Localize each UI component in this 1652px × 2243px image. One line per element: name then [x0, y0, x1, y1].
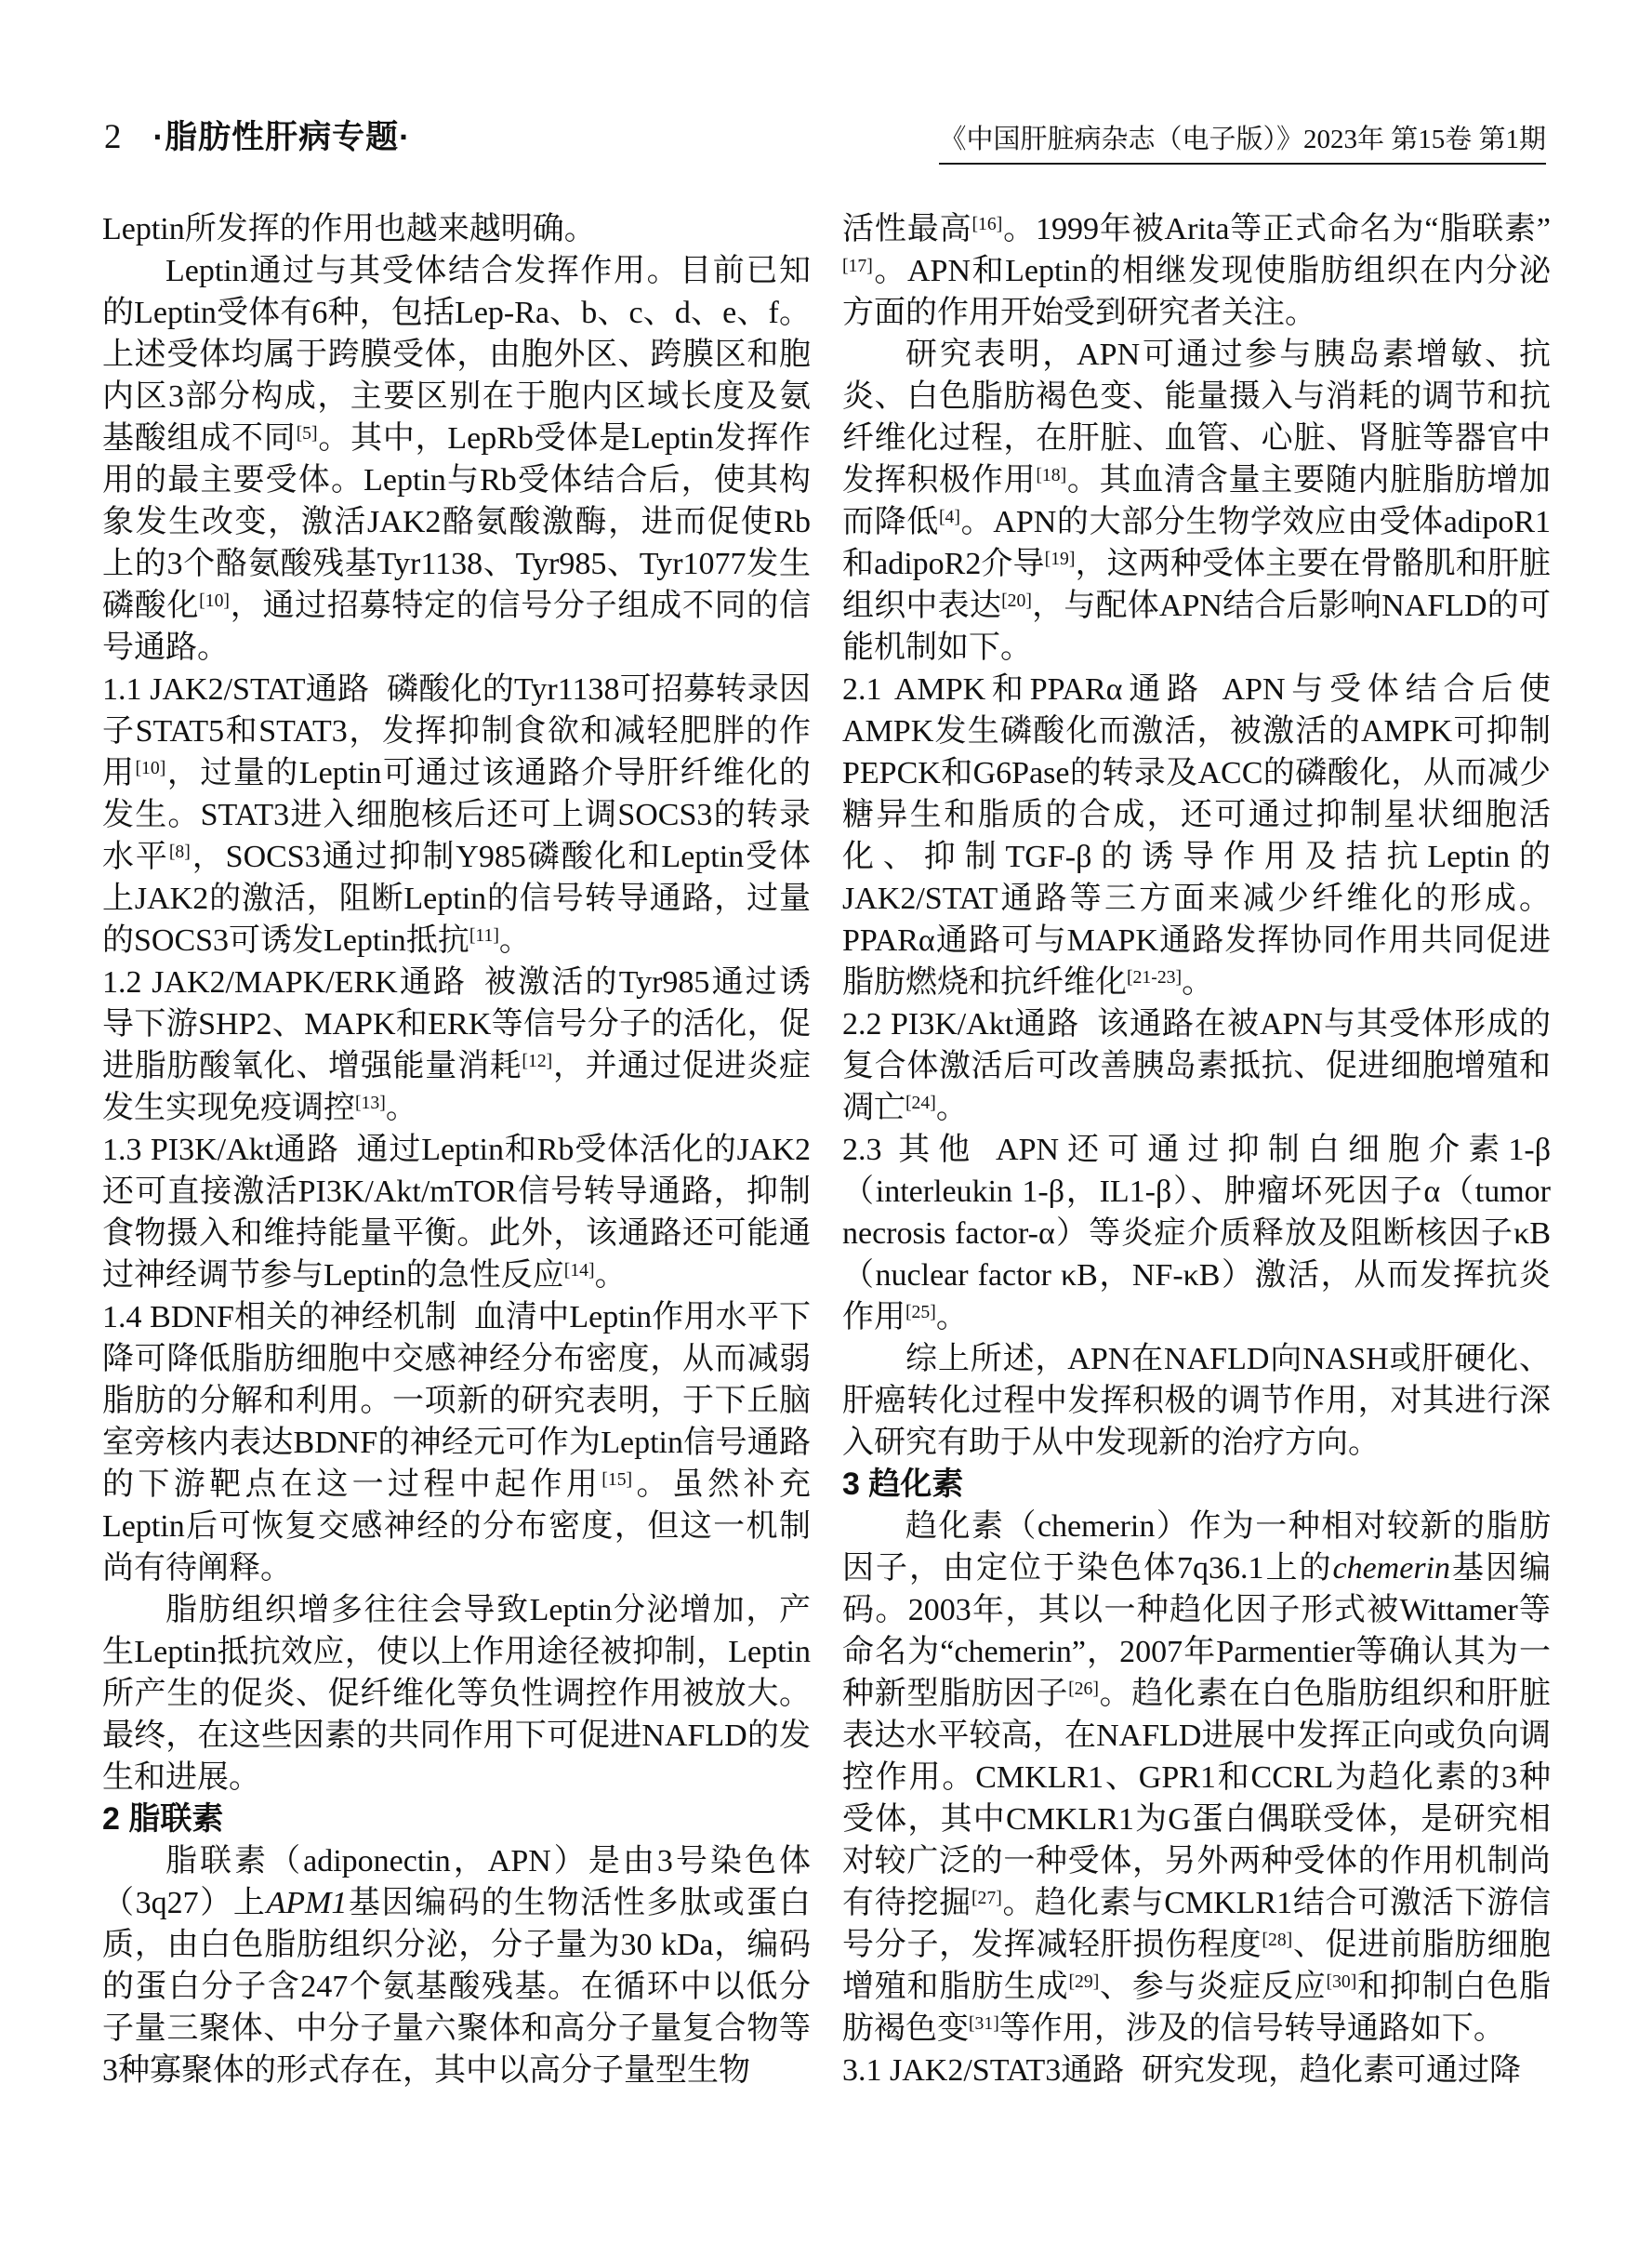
- text-run: 。: [1182, 965, 1213, 1000]
- text-run: 活性最高: [842, 212, 971, 246]
- column-right: 活性最高[16]。1999年被Arita等正式命名为“脂联素”[17]。APN和…: [842, 208, 1551, 2091]
- paragraph: 趋化素（chemerin）作为一种相对较新的脂肪因子，由定位于染色体7q36.1…: [842, 1506, 1551, 2050]
- subsection-label: 2.1 AMPK和PPARα通路: [842, 672, 1205, 707]
- text-run: 2 脂联素: [102, 1801, 223, 1837]
- reference-superscript: [8]: [169, 842, 191, 862]
- reference-superscript: [30]: [1327, 1971, 1357, 1992]
- paragraph: 脂联素（adiponectin，APN）是由3号染色体（3q27）上APM1基因…: [102, 1840, 811, 2091]
- paragraph: 1.3 PI3K/Akt通路通过Leptin和Rb受体活化的JAK2还可直接激活…: [102, 1129, 811, 1296]
- paragraph: 综上所述，APN在NAFLD向NASH或肝硬化、肝癌转化过程中发挥积极的调节作用…: [842, 1338, 1551, 1464]
- section-heading: 2 脂联素: [102, 1798, 811, 1840]
- subsection-label: 3.1 JAK2/STAT3通路: [842, 2053, 1124, 2088]
- reference-superscript: [24]: [905, 1093, 936, 1113]
- paragraph: 研究表明，APN可通过参与胰岛素增敏、抗炎、白色脂肪褐色变、能量摄入与消耗的调节…: [842, 334, 1551, 669]
- reference-superscript: [19]: [1045, 549, 1076, 569]
- reference-superscript: [4]: [939, 507, 960, 527]
- reference-superscript: [14]: [564, 1260, 595, 1281]
- page-number: 2: [104, 117, 122, 157]
- column-left: Leptin所发挥的作用也越来越明确。Leptin通过与其受体结合发挥作用。目前…: [102, 208, 811, 2091]
- text-run: 。趋化素在白色脂肪组织和肝脏表达水平较高，在NAFLD进展中发挥正向或负向调控作…: [842, 1677, 1551, 1920]
- reference-superscript: [28]: [1262, 1930, 1292, 1950]
- text-run: APM1: [266, 1886, 347, 1920]
- reference-superscript: [15]: [601, 1469, 632, 1490]
- text-run: 3 趋化素: [842, 1467, 963, 1502]
- reference-superscript: [17]: [842, 256, 873, 276]
- text-run: 研究发现，趋化素可通过降: [1142, 2053, 1521, 2088]
- paragraph: 2.2 PI3K/Akt通路该通路在被APN与其受体形成的复合体激活后可改善胰岛…: [842, 1003, 1551, 1129]
- paragraph: Leptin通过与其受体结合发挥作用。目前已知的Leptin受体有6种，包括Le…: [102, 250, 811, 669]
- subsection-label: 2.2 PI3K/Akt通路: [842, 1007, 1079, 1042]
- text-run: 、参与炎症反应: [1099, 1970, 1326, 2004]
- text-run: 。APN和Leptin的相继发现使脂肪组织在内分泌方面的作用开始受到研究者关注。: [842, 254, 1551, 330]
- text-run: 。1999年被Arita等正式命名为“脂联素”: [1002, 212, 1551, 246]
- article-body: Leptin所发挥的作用也越来越明确。Leptin通过与其受体结合发挥作用。目前…: [102, 208, 1551, 2091]
- text-run: APN与受体结合后使AMPK发生磷酸化而激活，被激活的AMPK可抑制PEPCK和…: [842, 672, 1551, 1000]
- reference-superscript: [31]: [969, 2013, 999, 2034]
- text-run: 综上所述，APN在NAFLD向NASH或肝硬化、肝癌转化过程中发挥积极的调节作用…: [842, 1342, 1551, 1460]
- reference-superscript: [21-23]: [1127, 967, 1182, 988]
- text-run: 。: [386, 1091, 417, 1125]
- text-run: 。: [936, 1091, 968, 1125]
- subsection-label: 1.2 JAK2/MAPK/ERK通路: [102, 965, 467, 1000]
- paragraph: 1.2 JAK2/MAPK/ERK通路被激活的Tyr985通过诱导下游SHP2、…: [102, 962, 811, 1129]
- paragraph: 1.1 JAK2/STAT通路磷酸化的Tyr1138可招募转录因子STAT5和S…: [102, 669, 811, 962]
- reference-superscript: [29]: [1068, 1971, 1099, 1992]
- text-run: 等作用，涉及的信号转导通路如下。: [999, 2011, 1505, 2046]
- subsection-label: 1.4 BDNF相关的神经机制: [102, 1300, 456, 1334]
- reference-superscript: [5]: [297, 423, 318, 444]
- text-run: Leptin所发挥的作用也越来越明确。: [102, 212, 596, 246]
- paragraph: 2.1 AMPK和PPARα通路APN与受体结合后使AMPK发生磷酸化而激活，被…: [842, 669, 1551, 1003]
- reference-superscript: [11]: [469, 925, 499, 946]
- subsection-label: 1.1 JAK2/STAT通路: [102, 672, 369, 707]
- journal-page: 2 ·脂肪性肝病专题· 《中国肝脏病杂志（电子版）》2023年 第15卷 第1期…: [0, 0, 1652, 2243]
- reference-superscript: [27]: [971, 1888, 1002, 1908]
- text-run: chemerin: [1333, 1551, 1451, 1586]
- journal-title: 《中国肝脏病杂志（电子版）》2023年 第15卷 第1期: [939, 118, 1546, 165]
- paragraph: 脂肪组织增多往往会导致Leptin分泌增加，产生Leptin抵抗效应，使以上作用…: [102, 1589, 811, 1798]
- reference-superscript: [12]: [522, 1051, 552, 1071]
- text-run: 。: [499, 923, 531, 958]
- subsection-label: 1.3 PI3K/Akt通路: [102, 1133, 339, 1167]
- reference-superscript: [13]: [355, 1093, 386, 1113]
- paragraph: 3.1 JAK2/STAT3通路研究发现，趋化素可通过降: [842, 2050, 1551, 2091]
- text-run: ，SOCS3通过抑制Y985磷酸化和Leptin受体上JAK2的激活，阻断Lep…: [102, 840, 811, 958]
- text-run: 脂肪组织增多往往会导致Leptin分泌增加，产生Leptin抵抗效应，使以上作用…: [102, 1593, 811, 1795]
- reference-superscript: [16]: [971, 214, 1002, 234]
- paragraph: 活性最高[16]。1999年被Arita等正式命名为“脂联素”[17]。APN和…: [842, 208, 1551, 334]
- header-left: 2 ·脂肪性肝病专题·: [104, 112, 411, 158]
- subsection-label: 2.3 其他: [842, 1133, 978, 1167]
- paragraph: 2.3 其他APN还可通过抑制白细胞介素1-β（interleukin 1-β，…: [842, 1129, 1551, 1338]
- text-run: 。: [936, 1300, 968, 1334]
- text-run: 。: [595, 1258, 627, 1293]
- reference-superscript: [26]: [1068, 1679, 1099, 1699]
- paragraph: Leptin所发挥的作用也越来越明确。: [102, 208, 811, 250]
- reference-superscript: [20]: [1001, 591, 1032, 611]
- paragraph: 1.4 BDNF相关的神经机制血清中Leptin作用水平下降可降低脂肪细胞中交感…: [102, 1296, 811, 1589]
- reference-superscript: [10]: [199, 591, 230, 611]
- page-header: 2 ·脂肪性肝病专题· 《中国肝脏病杂志（电子版）》2023年 第15卷 第1期: [104, 112, 1546, 165]
- reference-superscript: [18]: [1036, 465, 1066, 485]
- reference-superscript: [10]: [136, 758, 166, 778]
- column-topic-title: ·脂肪性肝病专题·: [153, 112, 411, 158]
- section-heading: 3 趋化素: [842, 1464, 1551, 1506]
- reference-superscript: [25]: [905, 1302, 936, 1322]
